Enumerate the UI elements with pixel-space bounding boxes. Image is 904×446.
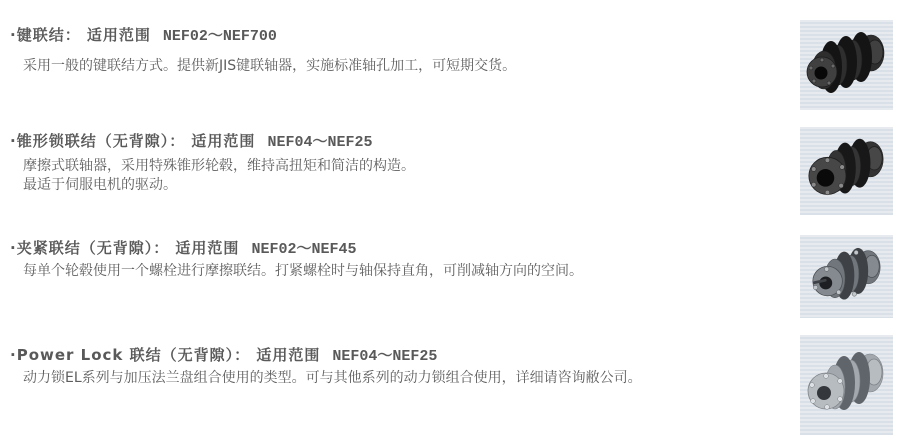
description-line: 每单个轮毂使用一个螺栓进行摩擦联结。打紧螺栓时与轴保持直角，可削减轴方向的空间。 bbox=[23, 262, 583, 281]
coupling-illustration bbox=[800, 335, 893, 435]
description-line: 摩擦式联轴器，采用特殊锥形轮毂，维持高扭矩和简洁的构造。 bbox=[23, 157, 415, 176]
coupling-photo-power-lock bbox=[800, 335, 893, 435]
section-title-text: ·锥形锁联结（无背隙）： 适用范围 bbox=[10, 132, 255, 150]
coupling-illustration bbox=[800, 20, 893, 110]
coupling-illustration bbox=[800, 127, 893, 215]
description-line: 采用一般的键联结方式。提供新JIS键联轴器，实施标准轴孔加工，可短期交货。 bbox=[23, 57, 516, 76]
section-description-power-lock-coupling: 动力锁EL系列与加压法兰盘组合使用的类型。可与其他系列的动力锁组合使用，详细请咨… bbox=[23, 369, 642, 388]
section-title-key-coupling: ·键联结： 适用范围NEF02～NEF700 bbox=[10, 24, 277, 45]
section-title-taper-lock-coupling: ·锥形锁联结（无背隙）： 适用范围NEF04～NEF25 bbox=[10, 130, 372, 151]
section-title-clamp-coupling: ·夹紧联结（无背隙）： 适用范围NEF02～NEF45 bbox=[10, 237, 356, 258]
coupling-photo-taper-lock bbox=[800, 127, 893, 215]
coupling-photo-clamp bbox=[800, 235, 893, 318]
description-line: 动力锁EL系列与加压法兰盘组合使用的类型。可与其他系列的动力锁组合使用，详细请咨… bbox=[23, 369, 642, 388]
section-description-key-coupling: 采用一般的键联结方式。提供新JIS键联轴器，实施标准轴孔加工，可短期交货。 bbox=[23, 57, 516, 76]
applicable-range-code: NEF02～NEF700 bbox=[163, 28, 277, 45]
applicable-range-code: NEF04～NEF25 bbox=[332, 348, 437, 365]
section-description-taper-lock-coupling: 摩擦式联轴器，采用特殊锥形轮毂，维持高扭矩和简洁的构造。 最适于伺服电机的驱动。 bbox=[23, 157, 415, 195]
description-line: 最适于伺服电机的驱动。 bbox=[23, 176, 415, 195]
section-title-text: ·Power Lock 联结（无背隙）： 适用范围 bbox=[10, 346, 320, 364]
section-title-text: ·夹紧联结（无背隙）： 适用范围 bbox=[10, 239, 239, 257]
applicable-range-code: NEF04～NEF25 bbox=[267, 134, 372, 151]
section-description-clamp-coupling: 每单个轮毂使用一个螺栓进行摩擦联结。打紧螺栓时与轴保持直角，可削减轴方向的空间。 bbox=[23, 262, 583, 281]
coupling-illustration bbox=[800, 235, 893, 318]
section-title-power-lock-coupling: ·Power Lock 联结（无背隙）： 适用范围NEF04～NEF25 bbox=[10, 344, 437, 365]
coupling-photo-key bbox=[800, 20, 893, 110]
section-title-text: ·键联结： 适用范围 bbox=[10, 26, 151, 44]
coupling-catalog-page: ·键联结： 适用范围NEF02～NEF700 采用一般的键联结方式。提供新JIS… bbox=[0, 0, 904, 446]
applicable-range-code: NEF02～NEF45 bbox=[251, 241, 356, 258]
